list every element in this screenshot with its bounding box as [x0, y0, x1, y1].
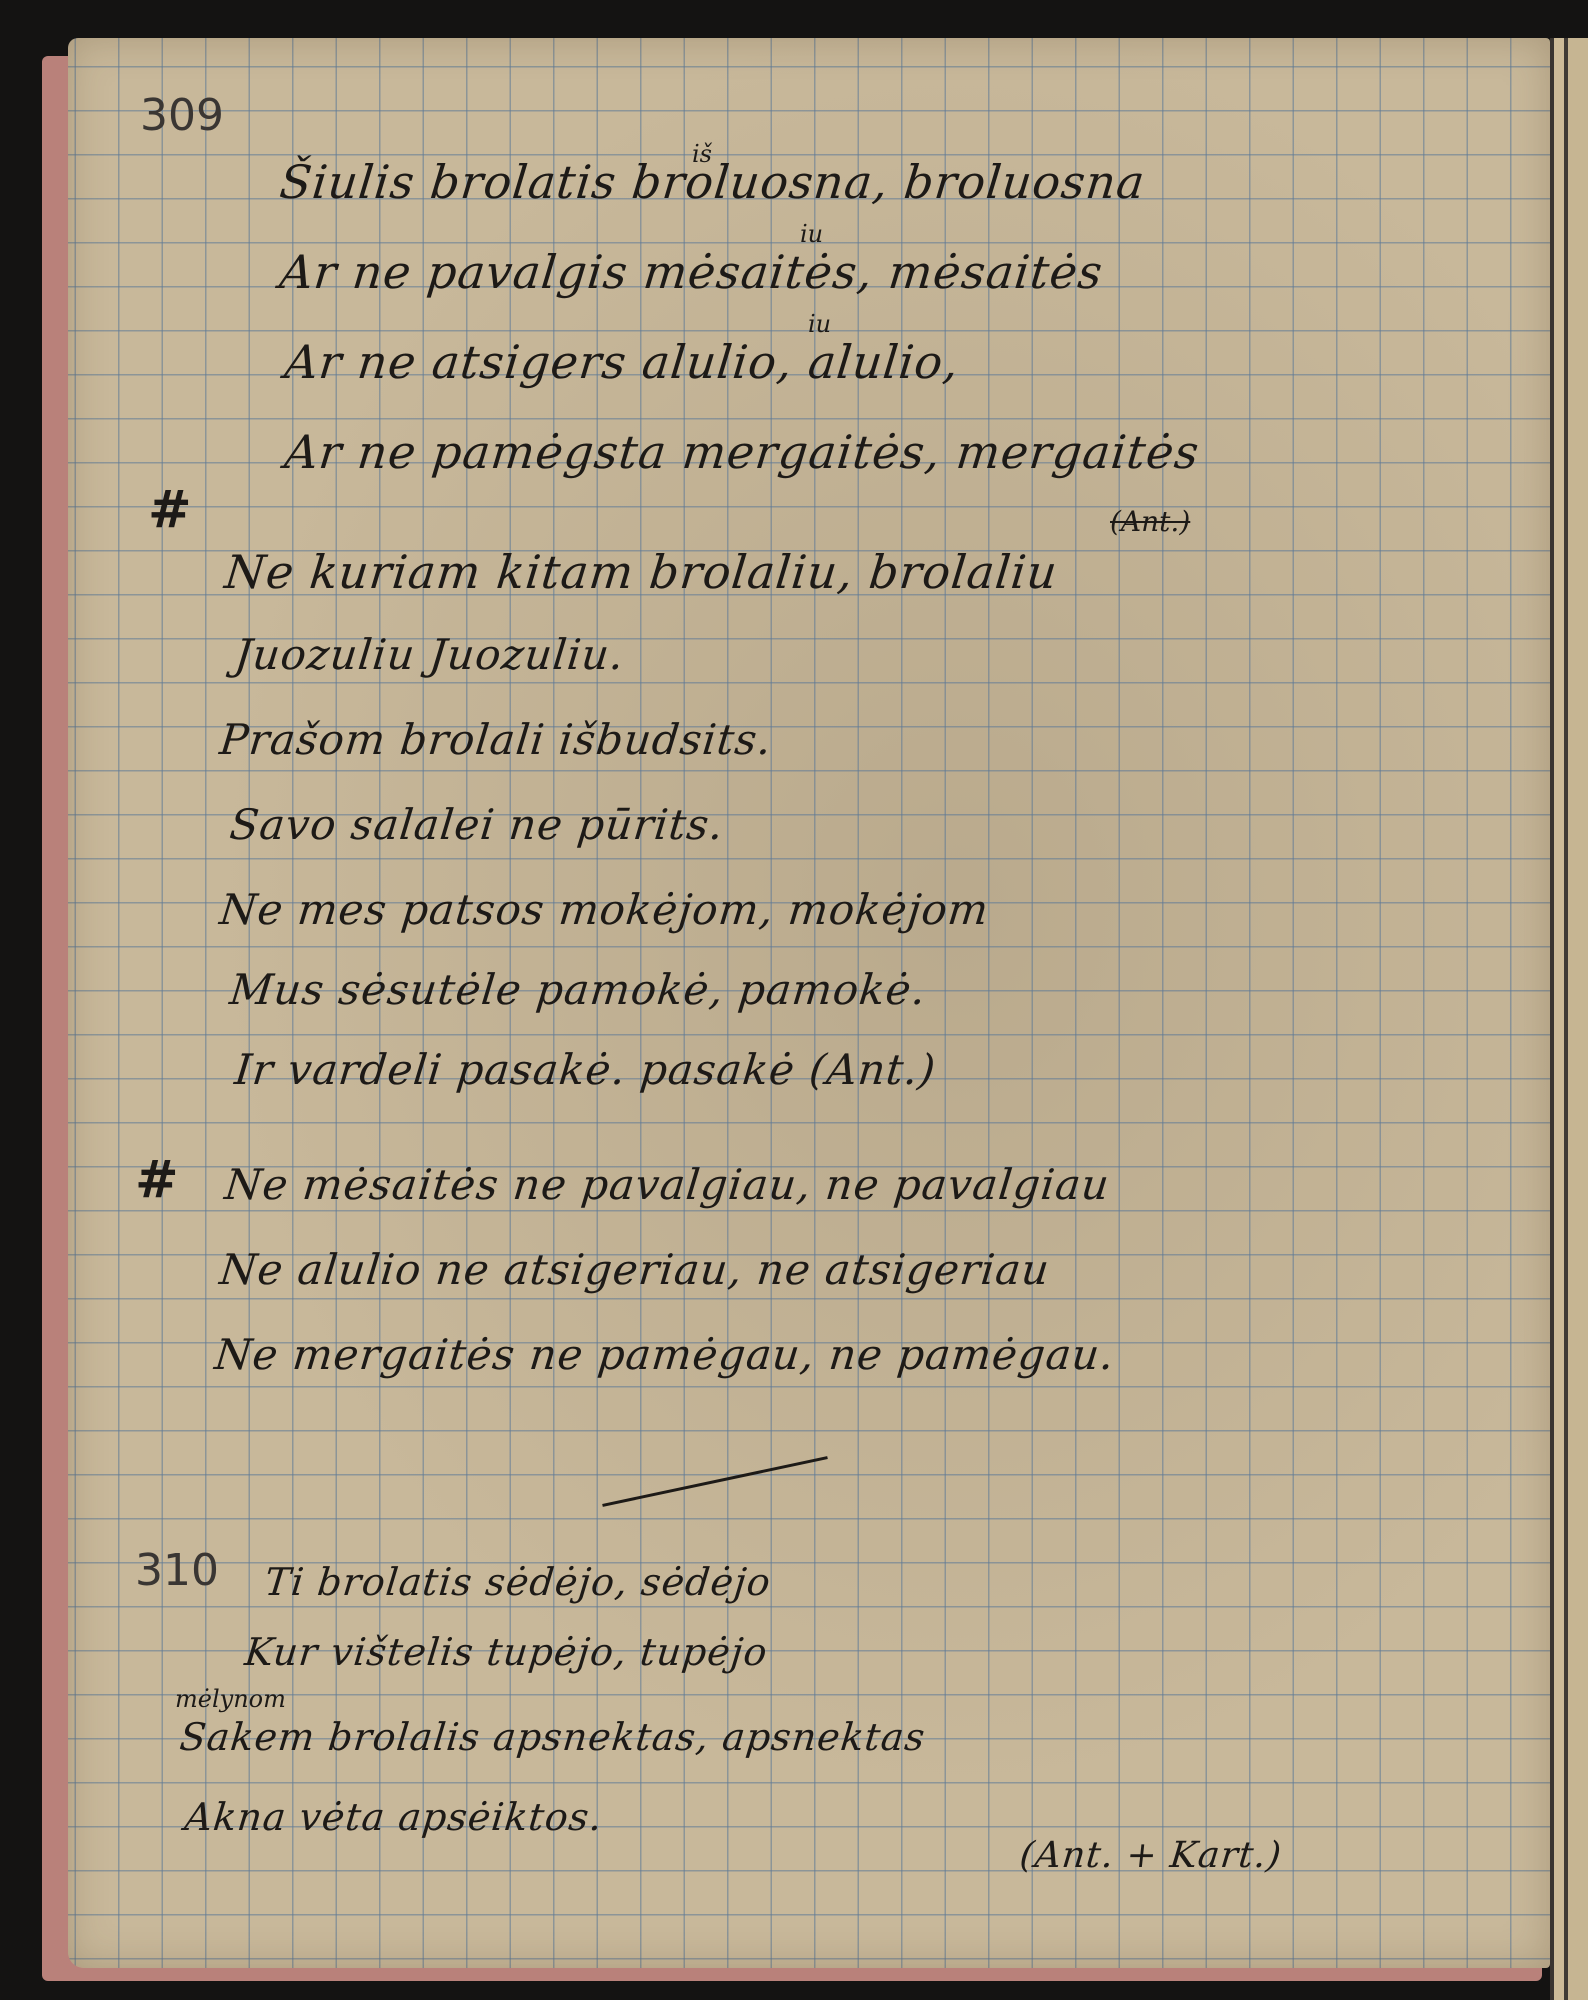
song-309-line-8: Savo salalei ne pūrits.	[227, 800, 726, 849]
song-309-line-7: Prašom brolali išbudsits.	[217, 715, 774, 764]
song-309-line-2: Ar ne pavalgis mėsaitės, mėsaitės	[277, 245, 1105, 299]
song-309-line-11: Ir vardeli pasakė. pasakė (Ant.)	[232, 1045, 938, 1094]
song-309-line-12: Ne mėsaitės ne pavalgiau, ne pavalgiau	[222, 1160, 1112, 1209]
song-309-line-4: Ar ne pamėgsta mergaitės, mergaitės	[282, 425, 1202, 479]
song-309-line-5: Ne kuriam kitam brolaliu, brolaliu	[222, 545, 1060, 599]
song-309-line-9: Ne mes patsos mokėjom, mokėjom	[217, 885, 991, 934]
section-mark: #	[148, 480, 192, 540]
song-309-line-1: Šiulis brolatis broluosna, broluosna	[277, 155, 1148, 209]
song-310-line-4: Akna vėta apsėiktos.	[183, 1795, 605, 1839]
song-310-closing-note: (Ant. + Kart.)	[1018, 1835, 1284, 1876]
song-309-line-3: Ar ne atsigers alulio, alulio,	[282, 335, 962, 389]
song-310-line-3: Sakem brolalis apsnektas, apsnektas	[178, 1715, 928, 1759]
song-309-line-13: Ne alulio ne atsigeriau, ne atsigeriau	[217, 1245, 1052, 1294]
interlinear-note: iu	[808, 310, 831, 338]
song-309-line-6: Juozuliu Juozuliu.	[232, 630, 626, 679]
struck-note: (Ant.)	[1110, 505, 1190, 538]
notebook-spine	[1550, 38, 1588, 2000]
song-309-line-14: Ne mergaitės ne pamėgau, ne pamėgau.	[212, 1330, 1117, 1379]
interlinear-note: mėlynom	[175, 1685, 286, 1713]
song-310-line-2: Kur vištelis tupėjo, tupėjo	[243, 1630, 770, 1674]
song-number-309: 309	[140, 90, 224, 141]
song-number-310: 310	[135, 1545, 219, 1596]
interlinear-note: iu	[800, 220, 823, 248]
song-310-line-1: Ti brolatis sėdėjo, sėdėjo	[263, 1560, 773, 1604]
song-309-line-10: Mus sėsutėle pamokė, pamokė.	[227, 965, 928, 1014]
section-mark: #	[135, 1150, 179, 1210]
